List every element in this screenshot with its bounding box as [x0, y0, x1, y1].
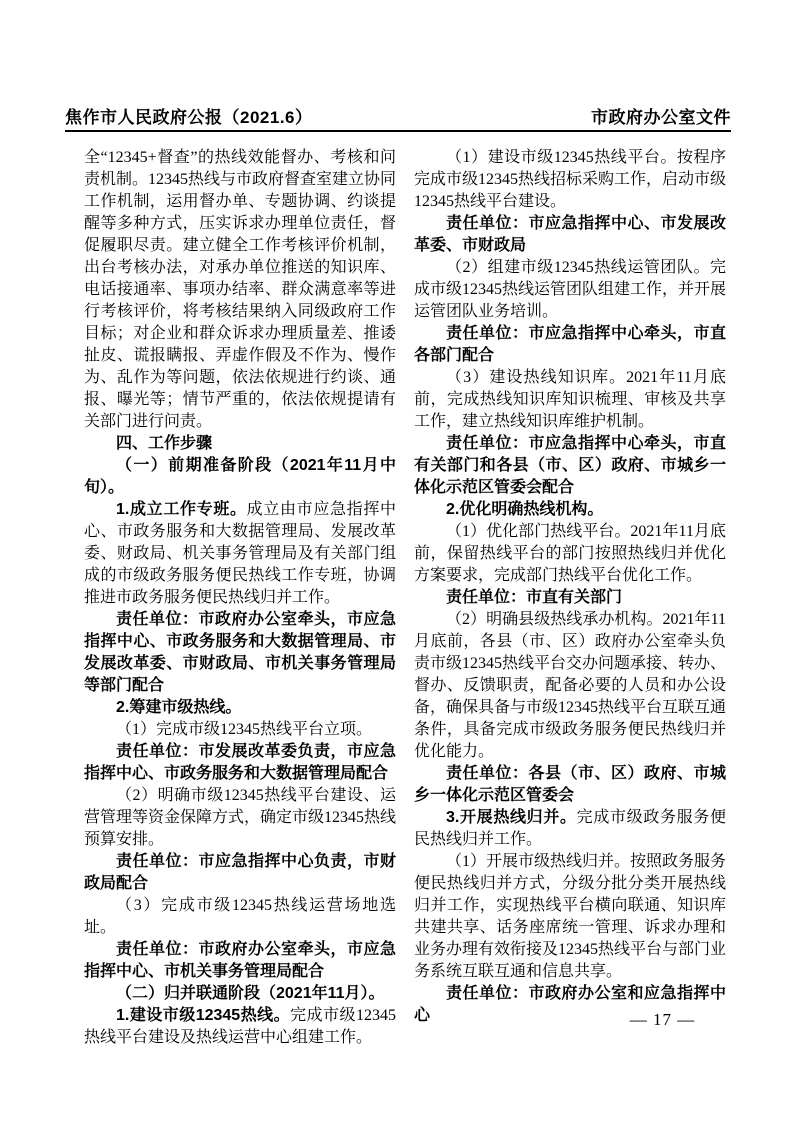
paragraph: （1）优化部门热线平台。2021年11月底前，保留热线平台的部门按照热线归并优化… [414, 521, 726, 587]
text-segment: （2）组建市级12345热线运管团队。完成市级12345热线运管团队组建工作，并… [414, 259, 726, 320]
text-segment: 全“12345+督查”的热线效能督办、考核和问责机制。12345热线与市政府督查… [84, 149, 396, 430]
document-body: 全“12345+督查”的热线效能督办、考核和问责机制。12345热线与市政府督查… [84, 147, 726, 1049]
bold-text-segment: 责任单位：市应急指挥中心牵头，市直有关部门和各县（市、区）政府、市城乡一体化示范… [414, 435, 726, 496]
bold-text-segment: 责任单位：市发展改革委负责，市应急指挥中心、市政务服务和大数据管理局配合 [84, 743, 396, 782]
left-column: 全“12345+督查”的热线效能督办、考核和问责机制。12345热线与市政府督查… [84, 147, 396, 1049]
bold-text-segment: 责任单位：市政府办公室牵头，市应急指挥中心、市机关事务管理局配合 [84, 941, 396, 980]
page-number: — 17 — [600, 1010, 725, 1030]
bold-text-segment: 责任单位：市政府办公室牵头，市应急指挥中心、市政务服务和大数据管理局、市发展改革… [84, 611, 396, 694]
paragraph: （3）建设热线知识库。2021年11月底前，完成热线知识库知识梳理、审核及共享工… [414, 367, 726, 433]
bold-text-segment: 2.优化明确热线机构。 [446, 501, 603, 518]
document-category: 市政府办公室文件 [591, 103, 731, 128]
bold-text-segment: 责任单位：市应急指挥中心、市发展改革委、市财政局 [414, 215, 726, 254]
bold-text-segment: 2.筹建市级热线。 [116, 699, 241, 716]
bold-text-segment: 责任单位：市应急指挥中心负责，市财政局配合 [84, 853, 396, 892]
text-segment: （2）明确市级12345热线平台建设、运营管理等资金保障方式，确定市级12345… [84, 787, 396, 848]
paragraph: 责任单位：市政府办公室牵头，市应急指挥中心、市政务服务和大数据管理局、市发展改革… [84, 609, 396, 697]
paragraph: 责任单位：市直有关部门 [414, 587, 726, 609]
bold-text-segment: 责任单位：各县（市、区）政府、市城乡一体化示范区管委会 [414, 765, 726, 804]
paragraph: 2.筹建市级热线。 [84, 697, 396, 719]
page-header: 焦作市人民政府公报（2021.6） 市政府办公室文件 [65, 103, 731, 128]
bold-text-segment: 1.建设市级12345热线。 [116, 1007, 290, 1024]
paragraph: 3.开展热线归并。完成市级政务服务便民热线归并工作。 [414, 807, 726, 851]
paragraph: （1）完成市级12345热线平台立项。 [84, 719, 396, 741]
text-segment: （1）开展市级热线归并。按照政务服务便民热线归并方式，分级分批分类开展热线归并工… [414, 853, 726, 980]
paragraph: （3）完成市级12345热线运营场地选址。 [84, 895, 396, 939]
bold-text-segment: 1.成立工作专班。 [116, 501, 247, 518]
paragraph: 四、工作步骤 [84, 433, 396, 455]
text-segment: （1）建设市级12345热线平台。按程序完成市级12345热线招标采购工作，启动… [414, 149, 726, 210]
right-column: （1）建设市级12345热线平台。按程序完成市级12345热线招标采购工作，启动… [414, 147, 726, 1049]
paragraph: （1）开展市级热线归并。按照政务服务便民热线归并方式，分级分批分类开展热线归并工… [414, 851, 726, 983]
paragraph: （2）组建市级12345热线运管团队。完成市级12345热线运管团队组建工作，并… [414, 257, 726, 323]
paragraph: （2）明确市级12345热线平台建设、运营管理等资金保障方式，确定市级12345… [84, 785, 396, 851]
paragraph: 责任单位：市政府办公室牵头，市应急指挥中心、市机关事务管理局配合 [84, 939, 396, 983]
bold-text-segment: （一）前期准备阶段（2021年11月中旬）。 [84, 457, 396, 496]
paragraph: （二）归并联通阶段（2021年11月）。 [84, 983, 396, 1005]
paragraph: 责任单位：市应急指挥中心、市发展改革委、市财政局 [414, 213, 726, 257]
paragraph: （1）建设市级12345热线平台。按程序完成市级12345热线招标采购工作，启动… [414, 147, 726, 213]
bold-text-segment: 3.开展热线归并。 [446, 809, 577, 826]
bold-text-segment: 四、工作步骤 [116, 435, 212, 452]
text-segment: （1）优化部门热线平台。2021年11月底前，保留热线平台的部门按照热线归并优化… [414, 523, 726, 584]
text-segment: （3）建设热线知识库。2021年11月底前，完成热线知识库知识梳理、审核及共享工… [414, 369, 726, 430]
bold-text-segment: 责任单位：市直有关部门 [446, 589, 622, 606]
paragraph: 全“12345+督查”的热线效能督办、考核和问责机制。12345热线与市政府督查… [84, 147, 396, 433]
paragraph: 1.建设市级12345热线。完成市级12345热线平台建设及热线运营中心组建工作… [84, 1005, 396, 1049]
paragraph: （一）前期准备阶段（2021年11月中旬）。 [84, 455, 396, 499]
paragraph: 责任单位：各县（市、区）政府、市城乡一体化示范区管委会 [414, 763, 726, 807]
paragraph: 责任单位：市应急指挥中心负责，市财政局配合 [84, 851, 396, 895]
paragraph: 1.成立工作专班。成立由市应急指挥中心、市政务服务和大数据管理局、发展改革委、财… [84, 499, 396, 609]
paragraph: 责任单位：市发展改革委负责，市应急指挥中心、市政务服务和大数据管理局配合 [84, 741, 396, 785]
paragraph: 责任单位：市应急指挥中心牵头，市直各部门配合 [414, 323, 726, 367]
bold-text-segment: 责任单位：市应急指挥中心牵头，市直各部门配合 [414, 325, 726, 364]
text-segment: （2）明确县级热线承办机构。2021年11月底前，各县（市、区）政府办公室牵头负… [414, 611, 726, 760]
text-segment: （3）完成市级12345热线运营场地选址。 [84, 897, 396, 936]
paragraph: 责任单位：市应急指挥中心牵头，市直有关部门和各县（市、区）政府、市城乡一体化示范… [414, 433, 726, 499]
gazette-title: 焦作市人民政府公报（2021.6） [65, 103, 313, 128]
header-rule [65, 130, 731, 132]
text-segment: （1）完成市级12345热线平台立项。 [116, 721, 372, 738]
paragraph: 2.优化明确热线机构。 [414, 499, 726, 521]
bold-text-segment: （二）归并联通阶段（2021年11月）。 [116, 985, 385, 1002]
gazette-page: 焦作市人民政府公报（2021.6） 市政府办公室文件 全“12345+督查”的热… [0, 0, 793, 1122]
paragraph: （2）明确县级热线承办机构。2021年11月底前，各县（市、区）政府办公室牵头负… [414, 609, 726, 763]
